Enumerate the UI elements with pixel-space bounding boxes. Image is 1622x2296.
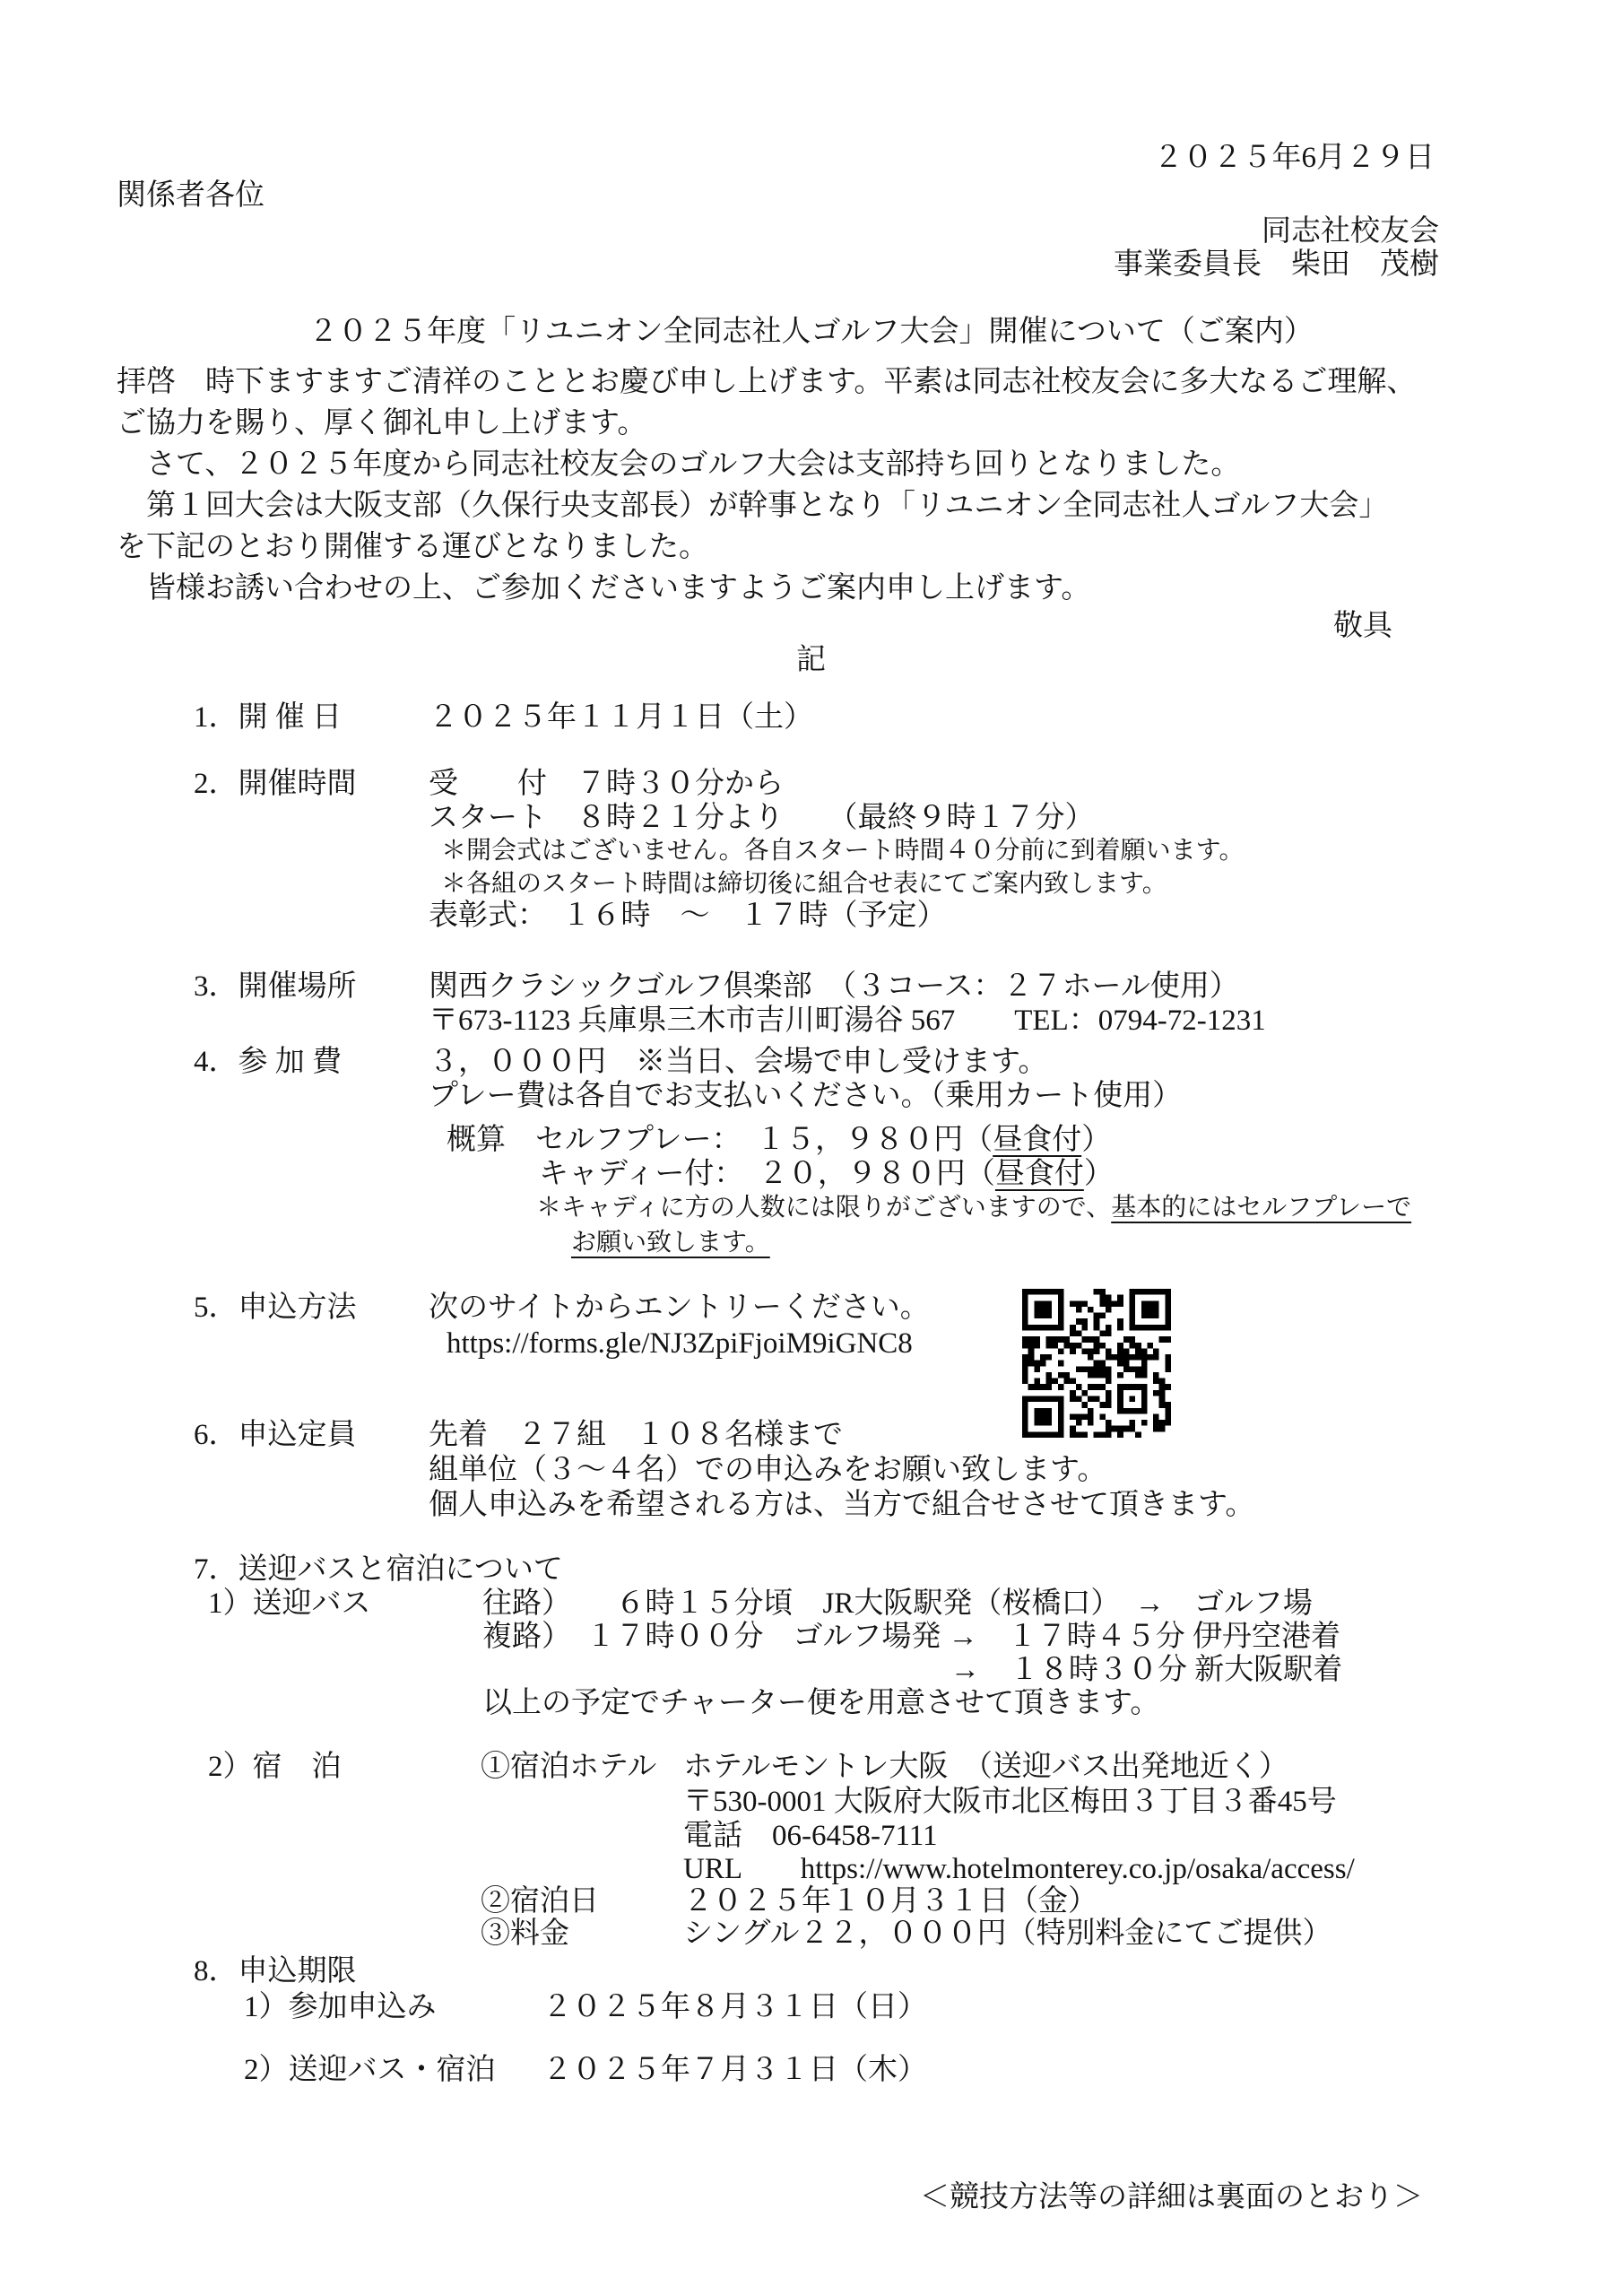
body-line: ご協力を賜り、厚く御礼申し上げます。	[117, 407, 646, 441]
self-price-post: ）	[1081, 1124, 1111, 1156]
qr-code	[1022, 1289, 1171, 1438]
deadline1-value: ２０２５年８月３１日（日）	[542, 1991, 927, 2025]
sec8-label: 8．申込期限	[194, 1955, 357, 1989]
closing-keigu: 敬具	[1333, 610, 1392, 644]
stay-date: ２０２５年１０月３１日（金）	[683, 1885, 1097, 1919]
hotel-name: ホテルモントレ大阪 （送迎バス出発地近く）	[683, 1751, 1288, 1785]
body-line: 拝啓 時下ますますご清祥のこととお慶び申し上げます。平素は同志社校友会に多大なる…	[117, 366, 1416, 400]
body-line: 第１回大会は大阪支部（久保行央支部長）が幹事となり「リユニオン全同志社人ゴルフ大…	[117, 490, 1388, 524]
stay-date-label: ②宿泊日	[481, 1885, 599, 1919]
sec6-label: 6．申込定員	[194, 1419, 357, 1453]
sec6-group-rule: 組単位（３～４名）での申込みをお願い致します。	[429, 1454, 1106, 1488]
sec1-value: ２０２５年１１月１日（土）	[429, 701, 813, 735]
sec5-instruction: 次のサイトからエントリーください。	[429, 1291, 930, 1326]
caddy-price-underlined: 昼食付	[995, 1158, 1084, 1190]
letter-date: ２０２５年6月２９日	[1154, 142, 1436, 176]
caddy-note-pre: ＊キャディに方の人数には限りがございますので、	[536, 1194, 1111, 1222]
sender-person: 事業委員長 柴田 茂樹	[1114, 248, 1439, 283]
record-marker: 記	[0, 644, 1622, 678]
sec4-self-price: 概算 セルフプレー： １５，９８０円（昼食付）	[447, 1124, 1111, 1158]
self-price-underlined: 昼食付	[993, 1124, 1081, 1156]
body-line: さて、２０２５年度から同志社校友会のゴルフ大会は支部持ち回りとなりました。	[117, 448, 1240, 483]
sec1-label: 1．開 催 日	[194, 701, 342, 735]
deadline1-label: 1）参加申込み	[244, 1991, 437, 2025]
caddy-note-underlined2: お願い致します。	[571, 1229, 770, 1257]
sec5-label: 5．申込方法	[194, 1291, 357, 1326]
hotel-label: ①宿泊ホテル	[481, 1751, 656, 1785]
sec2-label: 2．開催時間	[194, 768, 357, 802]
sec3-venue-name: 関西クラシックゴルフ倶楽部 （３コース：２７ホール使用）	[429, 970, 1239, 1004]
sec2-reception: 受 付 ７時３０分から	[429, 768, 784, 802]
footer-note: ＜競技方法等の詳細は裏面のとおり＞	[920, 2181, 1423, 2215]
sec4-play-fee: プレー費は各自でお支払いください。（乗用カート使用）	[429, 1080, 1182, 1114]
stay-price: シングル２２，０００円（特別料金にてご提供）	[683, 1918, 1332, 1952]
sender-org: 同志社校友会	[1262, 215, 1439, 249]
sec6-individual-rule: 個人申込みを希望される方は、当方で組合せさせて頂きます。	[429, 1489, 1254, 1523]
entry-form-url[interactable]: https://forms.gle/NJ3ZpiFjoiM9iGNC8	[447, 1327, 913, 1361]
addressee: 関係者各位	[117, 179, 265, 213]
letter-title: ２０２５年度「リユニオン全同志社人ゴルフ大会」開催について（ご案内）	[0, 316, 1622, 350]
sec2-ceremony: 表彰式： １６時 ～ １７時（予定）	[429, 900, 947, 934]
caddy-price-post: ）	[1084, 1158, 1114, 1190]
sec7-label: 7．送迎バスと宿泊について	[194, 1553, 563, 1587]
deadline2-label: 2）送迎バス・宿泊	[244, 2054, 496, 2088]
hotel-address: 〒530-0001 大阪府大阪市北区梅田３丁目３番45号	[683, 1786, 1337, 1820]
sec4-label: 4．参 加 費	[194, 1046, 342, 1080]
sec4-caddy-note: ＊キャディに方の人数には限りがございますので、基本的にはセルフプレーで	[536, 1194, 1411, 1222]
body-line: を下記のとおり開催する運びとなりました。	[117, 531, 708, 565]
sec2-note1: ＊開会式はございません。各自スタート時間４０分前に到着願います。	[441, 837, 1244, 865]
bus-outbound: 往路） ６時１５分頃 JR大阪駅発（桜橋口） → ゴルフ場	[482, 1587, 1313, 1622]
hotel-url[interactable]: URL https://www.hotelmonterey.co.jp/osak…	[683, 1853, 1355, 1887]
sec6-capacity: 先着 ２７組 １０８名様まで	[429, 1419, 843, 1453]
sec4-caddy-price: キャディー付： ２０，９８０円（昼食付）	[539, 1158, 1114, 1192]
sec2-note2: ＊各組のスタート時間は締切後に組合せ表にてご案内致します。	[441, 870, 1167, 899]
body-line: 皆様お誘い合わせの上、ご参加くださいますようご案内申し上げます。	[117, 572, 1090, 606]
bus-label: 1）送迎バス	[208, 1587, 371, 1622]
sec2-start: スタート ８時２１分より （最終９時１７分）	[429, 802, 1095, 836]
bus-return-2: → １８時３０分 新大阪駅着	[950, 1654, 1342, 1688]
bus-return: 複路） １７時００分 ゴルフ場発 → １７時４５分 伊丹空港着	[482, 1621, 1340, 1655]
stay-label: 2）宿 泊	[208, 1751, 342, 1785]
sec4-caddy-note2: お願い致します。	[571, 1229, 770, 1257]
hotel-tel: 電話 06-6458-7111	[683, 1820, 938, 1854]
self-price-pre: 概算 セルフプレー： １５，９８０円（	[447, 1124, 993, 1156]
sec3-venue-address: 〒673-1123 兵庫県三木市吉川町湯谷 567 TEL：0794-72-12…	[429, 1004, 1266, 1039]
stay-price-label: ③料金	[481, 1918, 569, 1952]
deadline2-value: ２０２５年７月３１日（木）	[542, 2054, 927, 2088]
caddy-price-pre: キャディー付： ２０，９８０円（	[539, 1158, 995, 1190]
sec4-fee: ３，０００円 ※当日、会場で申し受けます。	[429, 1046, 1047, 1080]
bus-note: 以上の予定でチャーター便を用意させて頂きます。	[482, 1687, 1159, 1721]
sec3-label: 3．開催場所	[194, 970, 357, 1004]
caddy-note-underlined1: 基本的にはセルフプレーで	[1111, 1194, 1411, 1222]
letter-page: ２０２５年6月２９日 関係者各位 同志社校友会 事業委員長 柴田 茂樹 ２０２５…	[0, 0, 1622, 2296]
